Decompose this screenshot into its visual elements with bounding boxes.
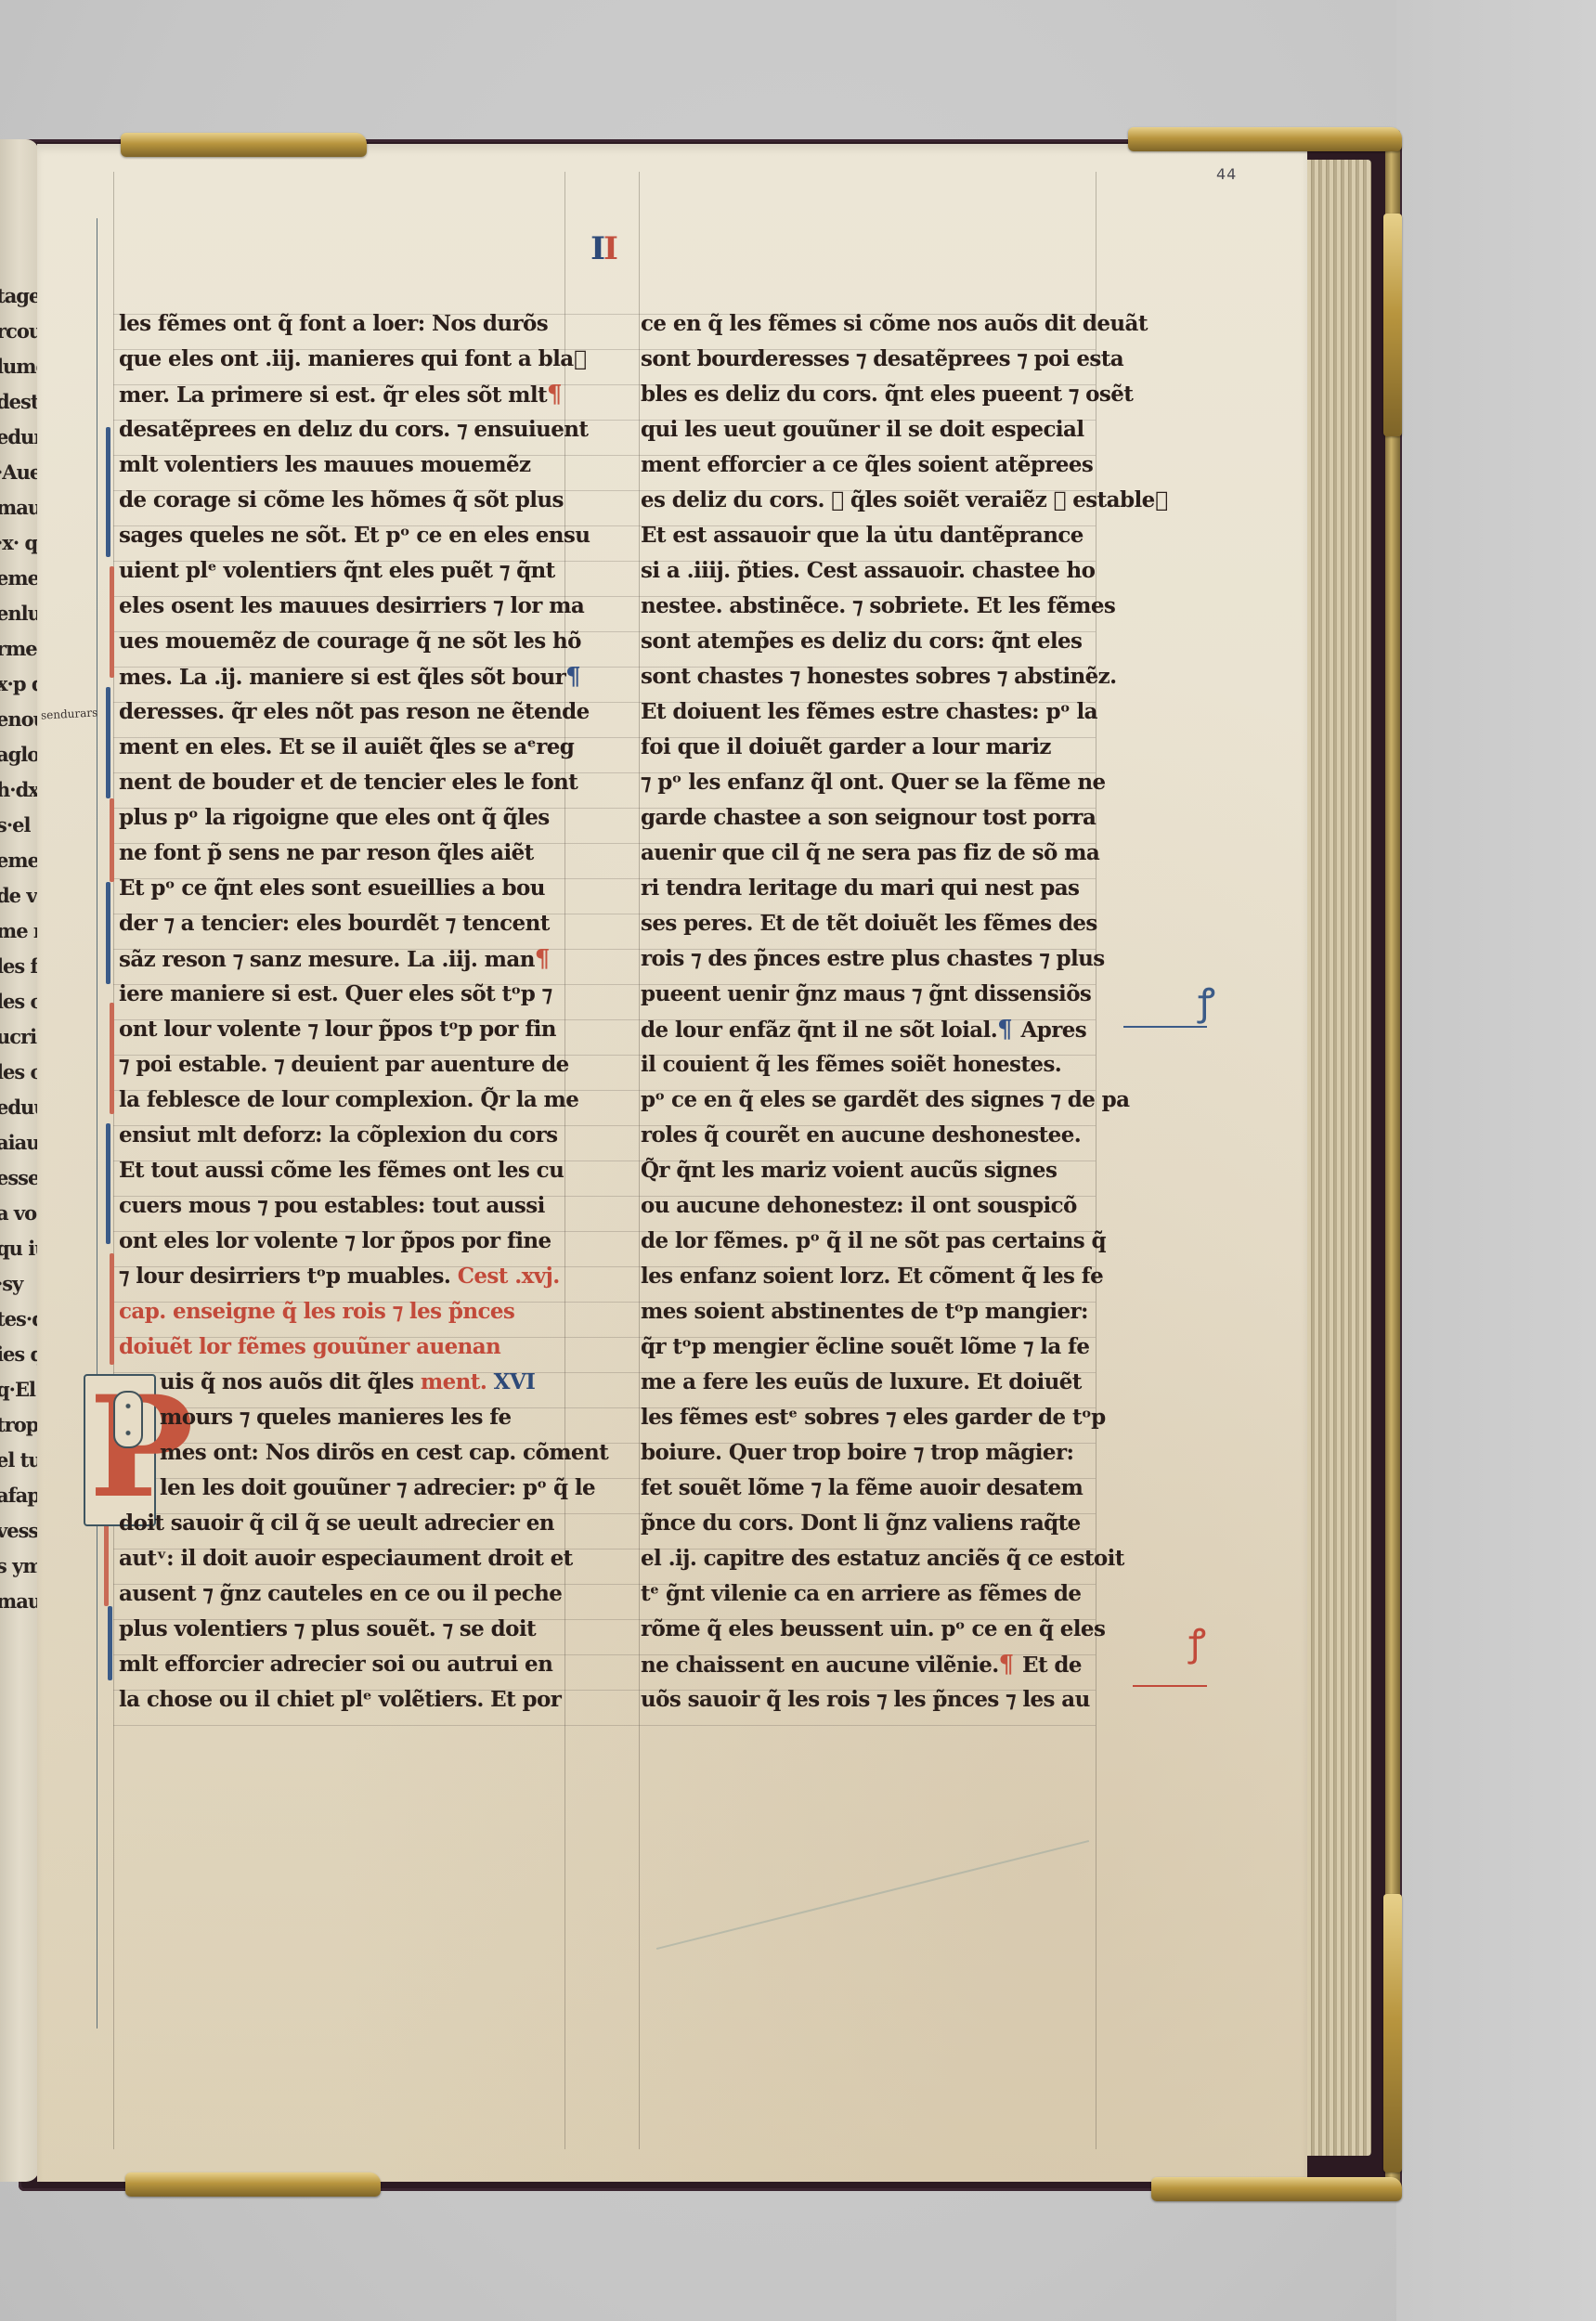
line-text: nestee. abstinẽce. ⁊ sobriete. Et les fẽ…: [641, 593, 1115, 618]
previous-page-line: enlu: [0, 596, 39, 631]
line-text: doit sauoir q̃ cil q̃ se ueult adrecier …: [119, 1511, 554, 1536]
line-text: mes. La .ij. maniere si est q̃les sõt bo…: [119, 665, 565, 690]
previous-page-line: aglou: [0, 737, 39, 772]
line-text: mours ⁊ queles manieres les fe: [160, 1405, 512, 1430]
line-text: ses peres. Et de tẽt doiuẽt les fẽmes de…: [641, 911, 1097, 936]
penwork-bar-blue: [106, 687, 110, 798]
text-line: sãz reson ⁊ sanz mesure. La .iij. man¶: [119, 941, 583, 977]
previous-page-line: enour: [0, 702, 39, 737]
previous-page-line: aiaud: [0, 1125, 39, 1160]
line-text: doiuẽt lor fẽmes gouũner auenan: [119, 1334, 500, 1359]
text-line: ses peres. Et de tẽt doiuẽt les fẽmes de…: [641, 906, 1123, 941]
line-text: ues mouemẽz de courage q̃ ne sõt les hõ: [119, 629, 581, 654]
text-line: uõs sauoir q̃ les rois ⁊ les p̃nces ⁊ le…: [641, 1682, 1123, 1718]
penwork-bar-blue: [106, 882, 110, 984]
text-line: la chose ou il chiet plᵉ volẽtiers. Et p…: [119, 1682, 583, 1718]
previous-page-line: emea: [0, 561, 39, 596]
line-text: deresses. q̃r eles nõt pas reson ne ẽten…: [119, 699, 590, 724]
previous-page-line: me ne: [0, 914, 39, 949]
previous-page-line: a vos: [0, 1196, 39, 1231]
line-text-tail: Apres: [1014, 1018, 1086, 1043]
previous-page-line: x·p qi: [0, 667, 39, 702]
line-text: mlt efforcier adrecier soi ou autrui en: [119, 1652, 552, 1677]
penwork-bar-red: [104, 1523, 109, 1606]
text-line: Et doiuent les fẽmes estre chastes: pᵒ l…: [641, 694, 1123, 730]
text-line: q̃r tᵒp mengier ẽcline souẽt lõme ⁊ la f…: [641, 1329, 1123, 1365]
gilt-edge-fitting-lower: [1383, 1894, 1402, 2172]
text-line: mer. La primere si est. q̃r eles sõt mlt…: [119, 377, 583, 412]
text-line: iere maniere si est. Quer eles sõt tᵒp ⁊: [119, 977, 583, 1012]
line-text: sages queles ne sõt. Et pᵒ ce en eles en…: [119, 523, 590, 548]
line-text: les enfanz soient lorz. Et cõment q̃ les…: [641, 1264, 1103, 1289]
text-line: de lor fẽmes. pᵒ q̃ il ne sõt pas certai…: [641, 1224, 1123, 1259]
line-text: desatẽprees en delız du cors. ⁊ ensuiuen…: [119, 417, 588, 442]
marginal-flourish-red-icon: ꝭ: [1188, 1615, 1206, 1666]
line-text-tail: Et de: [1016, 1653, 1082, 1678]
text-line: les fẽmes estᵉ sobres ⁊ eles garder de t…: [641, 1400, 1123, 1435]
previous-page-line: s·el: [0, 808, 39, 843]
text-line: de corage si cõme les hõmes q̃ sõt plus: [119, 483, 583, 518]
previous-page-line: el tu: [0, 1443, 39, 1478]
line-text: ment en eles. Et se il auiẽt q̃les se aᵉ…: [119, 734, 574, 759]
text-line: les fẽmes ont q̃ font a loer: Nos durõs: [119, 306, 583, 342]
line-text: sont chastes ⁊ honestes sobres ⁊ abstinẽ…: [641, 664, 1117, 689]
text-line: sages queles ne sõt. Et pᵒ ce en eles en…: [119, 518, 583, 553]
previous-page-line: destur: [0, 384, 39, 420]
text-line: foi que il doiuẽt garder a lour mariz: [641, 730, 1123, 765]
previous-page-line: de vu: [0, 878, 39, 914]
line-text: pᵒ ce en q̃ eles se gardẽt des signes ⁊ …: [641, 1087, 1129, 1112]
line-text: fet souẽt lõme ⁊ la fẽme auoir desatem: [641, 1475, 1083, 1500]
text-line: es deliz du cors. ⁊ q̃les soiẽt veraiẽz …: [641, 483, 1123, 518]
text-line: ausent ⁊ g̃nz cauteles en ce ou il peche: [119, 1576, 583, 1612]
text-line: mlt efforcier adrecier soi ou autrui en: [119, 1647, 583, 1682]
line-text: es deliz du cors. ⁊ q̃les soiẽt veraiẽz …: [641, 487, 1167, 512]
previous-page-line: edund: [0, 420, 39, 455]
text-line: ment en eles. Et se il auiẽt q̃les se aᵉ…: [119, 730, 583, 765]
text-line: Q̃r q̃nt les mariz voient aucũs signes: [641, 1153, 1123, 1188]
text-line: auenir que cil q̃ ne sera pas fiz de sõ …: [641, 836, 1123, 871]
text-line: de lour enfãz q̃nt il ne sõt loial.¶ Apr…: [641, 1012, 1123, 1047]
pilcrow-icon: ¶: [997, 1012, 1012, 1047]
running-head-blue: I: [590, 230, 603, 267]
penwork-bar-blue: [108, 1606, 112, 1680]
line-text: Et est assauoir que la u̇tu dantẽprance: [641, 523, 1083, 548]
line-text: garde chastee a son seignour tost porra: [641, 805, 1096, 830]
penwork-bar-red: [110, 566, 114, 678]
previous-page-line: ies q: [0, 1337, 39, 1372]
text-line: Et est assauoir que la u̇tu dantẽprance: [641, 518, 1123, 553]
text-line: tᵉ g̃nt vilenie ca en arriere as fẽmes d…: [641, 1576, 1123, 1612]
line-text: mes ont: Nos dirõs en cest cap. cõment: [160, 1440, 608, 1465]
line-text: mer. La primere si est. q̃r eles sõt mlt: [119, 383, 547, 408]
line-text: de corage si cõme les hõmes q̃ sõt plus: [119, 487, 564, 512]
line-text: Et pᵒ ce q̃nt eles sont esueillies a bou: [119, 875, 545, 901]
text-line: nent de bouder et de tencier eles le fon…: [119, 765, 583, 800]
line-text: eles osent les mauues desirriers ⁊ lor m…: [119, 593, 584, 618]
gilt-edge-fitting-upper: [1383, 214, 1402, 436]
line-text: sãz reson ⁊ sanz mesure. La .iij. man: [119, 947, 535, 972]
text-line: ce en q̃ les fẽmes si cõme nos auõs dit …: [641, 306, 1123, 342]
line-text: cap. enseigne q̃ les rois ⁊ les p̃nces: [119, 1299, 514, 1324]
rubric-line: cap. enseigne q̃ les rois ⁊ les p̃nces: [119, 1294, 583, 1329]
text-line: len les doit gouũner ⁊ adrecier: pᵒ q̃ l…: [119, 1471, 583, 1506]
pilcrow-icon: ¶: [565, 659, 580, 694]
previous-page-line: tes·q: [0, 1302, 39, 1337]
text-line: autᵛ: il doit auoir especiaument droit e…: [119, 1541, 583, 1576]
line-filler-blue: [1123, 1026, 1207, 1028]
gilt-corner-clasp-top-right: [1128, 127, 1402, 151]
previous-page-line: ucriou: [0, 1019, 39, 1055]
chapter-number: XVI: [487, 1369, 535, 1394]
previous-page-line: esseu: [0, 1160, 39, 1196]
previous-page-line: afap: [0, 1478, 39, 1513]
line-filler-red: [1133, 1685, 1207, 1687]
gilt-corner-clasp-top-left: [121, 133, 367, 157]
previous-page-line: tages: [0, 279, 39, 314]
text-line: pᵒ ce en q̃ eles se gardẽt des signes ⁊ …: [641, 1083, 1123, 1118]
line-text: uient plᵉ volentiers q̃nt eles puẽt ⁊ q̃…: [119, 558, 555, 583]
pilcrow-icon: ¶: [535, 941, 550, 977]
running-head: II: [577, 230, 629, 267]
marginal-flourish-blue-icon: ꝭ: [1198, 975, 1215, 1026]
ruling-line: [113, 1725, 1096, 1726]
line-text: ont eles lor volente ⁊ lor p̃pos por fin…: [119, 1228, 551, 1253]
line-text: ou aucune dehonestez: il ont souspicõ: [641, 1193, 1077, 1218]
line-text: mlt volentiers les mauues mouemẽz: [119, 452, 530, 477]
previous-page-line: maud: [0, 1584, 39, 1619]
text-column-right: ce en q̃ les fẽmes si cõme nos auõs dit …: [641, 306, 1123, 1718]
gilt-corner-clasp-bottom-left: [125, 2172, 381, 2197]
text-line: me a fere les euũs de luxure. Et doiuẽt: [641, 1365, 1123, 1400]
text-line: garde chastee a son seignour tost porra: [641, 800, 1123, 836]
previous-page-line: les fe: [0, 949, 39, 984]
text-line: il couient q̃ les fẽmes soiẽt honestes.: [641, 1047, 1123, 1083]
text-line: uient plᵉ volentiers q̃nt eles puẽt ⁊ q̃…: [119, 553, 583, 589]
pilcrow-icon: ¶: [999, 1647, 1014, 1682]
text-line: doit sauoir q̃ cil q̃ se ueult adrecier …: [119, 1506, 583, 1541]
text-line: ont eles lor volente ⁊ lor p̃pos por fin…: [119, 1224, 583, 1259]
penwork-tendril: [97, 218, 97, 2029]
text-line: Et tout aussi cõme les fẽmes ont les cu: [119, 1153, 583, 1188]
running-head-red: I: [603, 230, 616, 267]
text-line: si a .iiij. p̃ties. Cest assauoir. chast…: [641, 553, 1123, 589]
line-text: q̃r tᵒp mengier ẽcline souẽt lõme ⁊ la f…: [641, 1334, 1089, 1359]
line-text: el .ij. capitre des estatuz anciẽs q̃ ce…: [641, 1546, 1124, 1571]
text-line: mlt volentiers les mauues mouemẽz: [119, 447, 583, 483]
previous-page-text: tagesrcounqilumentdesturedund·Auermaune·…: [0, 279, 39, 1619]
line-text: uõs sauoir q̃ les rois ⁊ les p̃nces ⁊ le…: [641, 1687, 1090, 1712]
text-line: roles q̃ courẽt en aucune deshonestee.: [641, 1118, 1123, 1153]
text-line: qui les ueut gouũner il se doit especial: [641, 412, 1123, 447]
previous-page-line: emes: [0, 843, 39, 878]
line-text: ensiut mlt deforz: la cõplexion du cors: [119, 1122, 558, 1148]
line-text: uis q̃ nos auõs dit q̃les: [160, 1369, 414, 1394]
previous-page-line: vesse: [0, 1513, 39, 1549]
line-text: ont lour volente ⁊ lour p̃pos tᵒp por fi…: [119, 1017, 556, 1042]
previous-page-line: rmeu: [0, 631, 39, 667]
line-text: la chose ou il chiet plᵉ volẽtiers. Et p…: [119, 1687, 561, 1712]
text-line: ⁊ pᵒ les enfanz q̃l ont. Quer se la fẽme…: [641, 765, 1123, 800]
line-text: sont atemp̃es es deliz du cors: q̃nt ele…: [641, 629, 1082, 654]
line-text: pueent uenir g̃nz maus ⁊ g̃nt dissensiõs: [641, 981, 1091, 1006]
text-line: ⁊ poi estable. ⁊ deuient par auenture de: [119, 1047, 583, 1083]
previous-page-line: qu iu: [0, 1231, 39, 1266]
text-line: p̃nce du cors. Dont li g̃nz valiens raq̃…: [641, 1506, 1123, 1541]
line-text: ne chaissent en aucune vilẽnie.: [641, 1653, 999, 1678]
line-text: qui les ueut gouũner il se doit especial: [641, 417, 1083, 442]
pilcrow-icon: ¶: [547, 377, 562, 412]
previous-page-line: ·x· q: [0, 525, 39, 561]
line-text: der ⁊ a tencier: eles bourdẽt ⁊ tencent: [119, 911, 550, 936]
line-text: plus volentiers ⁊ plus souẽt. ⁊ se doit: [119, 1616, 536, 1641]
line-text: auenir que cil q̃ ne sera pas fiz de sõ …: [641, 840, 1099, 865]
line-text: len les doit gouũner ⁊ adrecier: pᵒ q̃ l…: [160, 1475, 595, 1500]
line-text: les fẽmes ont q̃ font a loer: Nos durõs: [119, 311, 548, 336]
line-text: me a fere les euũs de luxure. Et doiuẽt: [641, 1369, 1082, 1394]
text-line: ensiut mlt deforz: la cõplexion du cors: [119, 1118, 583, 1153]
penwork-bar-blue: [106, 427, 110, 557]
line-text: tᵉ g̃nt vilenie ca en arriere as fẽmes d…: [641, 1581, 1081, 1606]
text-line: ne chaissent en aucune vilẽnie.¶ Et de: [641, 1647, 1123, 1682]
text-line: uis q̃ nos auõs dit q̃les ment. XVI: [119, 1365, 583, 1400]
line-text: nent de bouder et de tencier eles le fon…: [119, 770, 577, 795]
previous-page-line: eduu: [0, 1090, 39, 1125]
previous-page-line: lument: [0, 349, 39, 384]
photo-backdrop-right: [1396, 0, 1596, 2321]
line-text: si a .iiij. p̃ties. Cest assauoir. chast…: [641, 558, 1095, 583]
text-line: mes. La .ij. maniere si est q̃les sõt bo…: [119, 659, 583, 694]
text-line: plus volentiers ⁊ plus souẽt. ⁊ se doit: [119, 1612, 583, 1647]
text-line: eles osent les mauues desirriers ⁊ lor m…: [119, 589, 583, 624]
line-text: la feblesce de lour complexion. Q̃r la m…: [119, 1087, 578, 1112]
penwork-bar-red: [110, 1003, 114, 1114]
line-text: roles q̃ courẽt en aucune deshonestee.: [641, 1122, 1081, 1148]
text-line: ou aucune dehonestez: il ont souspicõ: [641, 1188, 1123, 1224]
line-text: cuers mous ⁊ pou estables: tout aussi: [119, 1193, 545, 1218]
line-text: rõme q̃ eles beussent uin. pᵒ ce en q̃ e…: [641, 1616, 1105, 1641]
line-text: ⁊ pᵒ les enfanz q̃l ont. Quer se la fẽme…: [641, 770, 1106, 795]
line-text: plus pᵒ la rigoigne que eles ont q̃ q̃le…: [119, 805, 550, 830]
text-line: mes ont: Nos dirõs en cest cap. cõment: [119, 1435, 583, 1471]
text-line: mours ⁊ queles manieres les fe: [119, 1400, 583, 1435]
line-text: rois ⁊ des p̃nces estre plus chastes ⁊ p…: [641, 946, 1105, 971]
line-text: sont bourderesses ⁊ desatẽprees ⁊ poi es…: [641, 346, 1123, 371]
text-line: ⁊ lour desirriers tᵒp muables. Cest .xvj…: [119, 1259, 583, 1294]
text-line: rois ⁊ des p̃nces estre plus chastes ⁊ p…: [641, 941, 1123, 977]
line-text: de lor fẽmes. pᵒ q̃ il ne sõt pas certai…: [641, 1228, 1106, 1253]
text-line: ment efforcier a ce q̃les soient atẽpree…: [641, 447, 1123, 483]
text-line: plus pᵒ la rigoigne que eles ont q̃ q̃le…: [119, 800, 583, 836]
line-text: ausent ⁊ g̃nz cauteles en ce ou il peche: [119, 1581, 562, 1606]
page-stack-fore-edge: [1304, 160, 1371, 2156]
text-line: der ⁊ a tencier: eles bourdẽt ⁊ tencent: [119, 906, 583, 941]
binding-gilt-edge: [1385, 130, 1400, 2191]
text-line: ues mouemẽz de courage q̃ ne sõt les hõ: [119, 624, 583, 659]
text-line: la feblesce de lour complexion. Q̃r la m…: [119, 1083, 583, 1118]
text-line: sont atemp̃es es deliz du cors: q̃nt ele…: [641, 624, 1123, 659]
previous-page-line: q·El: [0, 1372, 39, 1407]
text-column-left: les fẽmes ont q̃ font a loer: Nos durõsq…: [119, 306, 583, 1718]
line-text: autᵛ: il doit auoir especiaument droit e…: [119, 1546, 573, 1571]
folio-number: 44: [1216, 165, 1237, 183]
previous-page-line: les ou: [0, 984, 39, 1019]
line-text: Et tout aussi cõme les fẽmes ont les cu: [119, 1158, 564, 1183]
line-text: bles es deliz du cors. q̃nt eles pueent …: [641, 382, 1133, 407]
line-text: mes soient abstinentes de tᵒp mangier:: [641, 1299, 1088, 1324]
previous-page-edge: tagesrcounqilumentdesturedund·Auermaune·…: [0, 139, 39, 2182]
text-line: Et pᵒ ce q̃nt eles sont esueillies a bou: [119, 871, 583, 906]
penwork-bar-red: [110, 1253, 114, 1365]
rubric-text: ment.: [414, 1369, 487, 1394]
text-line: boiure. Quer trop boire ⁊ trop mãgier:: [641, 1435, 1123, 1471]
line-text: boiure. Quer trop boire ⁊ trop mãgier:: [641, 1440, 1073, 1465]
line-text: Et doiuent les fẽmes estre chastes: pᵒ l…: [641, 699, 1097, 724]
line-text: les fẽmes estᵉ sobres ⁊ eles garder de t…: [641, 1405, 1106, 1430]
text-line: bles es deliz du cors. q̃nt eles pueent …: [641, 377, 1123, 412]
previous-page-line: ·Auer: [0, 455, 39, 490]
text-line: cuers mous ⁊ pou estables: tout aussi: [119, 1188, 583, 1224]
text-line: deresses. q̃r eles nõt pas reson ne ẽten…: [119, 694, 583, 730]
line-text: ne font p̃ sens ne par reson q̃les aiẽt: [119, 840, 534, 865]
previous-page-line: s ym: [0, 1549, 39, 1584]
line-text: ce en q̃ les fẽmes si cõme nos auõs dit …: [641, 311, 1148, 336]
text-line: ri tendra leritage du mari qui nest pas: [641, 871, 1123, 906]
text-line: fet souẽt lõme ⁊ la fẽme auoir desatem: [641, 1471, 1123, 1506]
previous-page-line: trop: [0, 1407, 39, 1443]
line-text: foi que il doiuẽt garder a lour mariz: [641, 734, 1051, 759]
line-text: que eles ont .iij. manieres qui font a b…: [119, 346, 586, 371]
rubric-line: doiuẽt lor fẽmes gouũner auenan: [119, 1329, 583, 1365]
text-line: pueent uenir g̃nz maus ⁊ g̃nt dissensiõs: [641, 977, 1123, 1012]
line-text: p̃nce du cors. Dont li g̃nz valiens raq̃…: [641, 1511, 1081, 1536]
line-text: ⁊ poi estable. ⁊ deuient par auenture de: [119, 1052, 569, 1077]
line-text: ri tendra leritage du mari qui nest pas: [641, 875, 1079, 901]
line-text: Q̃r q̃nt les mariz voient aucũs signes: [641, 1158, 1057, 1183]
text-line: el .ij. capitre des estatuz anciẽs q̃ ce…: [641, 1541, 1123, 1576]
text-line: sont chastes ⁊ honestes sobres ⁊ abstinẽ…: [641, 659, 1123, 694]
text-line: ne font p̃ sens ne par reson q̃les aiẽt: [119, 836, 583, 871]
text-line: desatẽprees en delız du cors. ⁊ ensuiuen…: [119, 412, 583, 447]
text-line: mes soient abstinentes de tᵒp mangier:: [641, 1294, 1123, 1329]
previous-page-line: ·sy: [0, 1266, 39, 1302]
text-line: les enfanz soient lorz. Et cõment q̃ les…: [641, 1259, 1123, 1294]
line-text: ⁊ lour desirriers tᵒp muables.: [119, 1264, 450, 1289]
previous-page-line: les ou: [0, 1055, 39, 1090]
text-line: ont lour volente ⁊ lour p̃pos tᵒp por fi…: [119, 1012, 583, 1047]
text-line: que eles ont .iij. manieres qui font a b…: [119, 342, 583, 377]
previous-page-line: maune: [0, 490, 39, 525]
rubric-text: Cest .xvj.: [450, 1264, 559, 1289]
penwork-bar-blue: [106, 1123, 110, 1244]
gilt-corner-clasp-bottom-right: [1151, 2177, 1402, 2201]
line-text: ment efforcier a ce q̃les soient atẽpree…: [641, 452, 1093, 477]
text-line: sont bourderesses ⁊ desatẽprees ⁊ poi es…: [641, 342, 1123, 377]
previous-page-line: rcounqi: [0, 314, 39, 349]
line-text: de lour enfãz q̃nt il ne sõt loial.: [641, 1018, 997, 1043]
line-text: iere maniere si est. Quer eles sõt tᵒp ⁊: [119, 981, 551, 1006]
penwork-bar-red: [110, 798, 114, 882]
line-text: il couient q̃ les fẽmes soiẽt honestes.: [641, 1052, 1061, 1077]
text-line: rõme q̃ eles beussent uin. pᵒ ce en q̃ e…: [641, 1612, 1123, 1647]
text-line: nestee. abstinẽce. ⁊ sobriete. Et les fẽ…: [641, 589, 1123, 624]
previous-page-line: h·dxe: [0, 772, 39, 808]
